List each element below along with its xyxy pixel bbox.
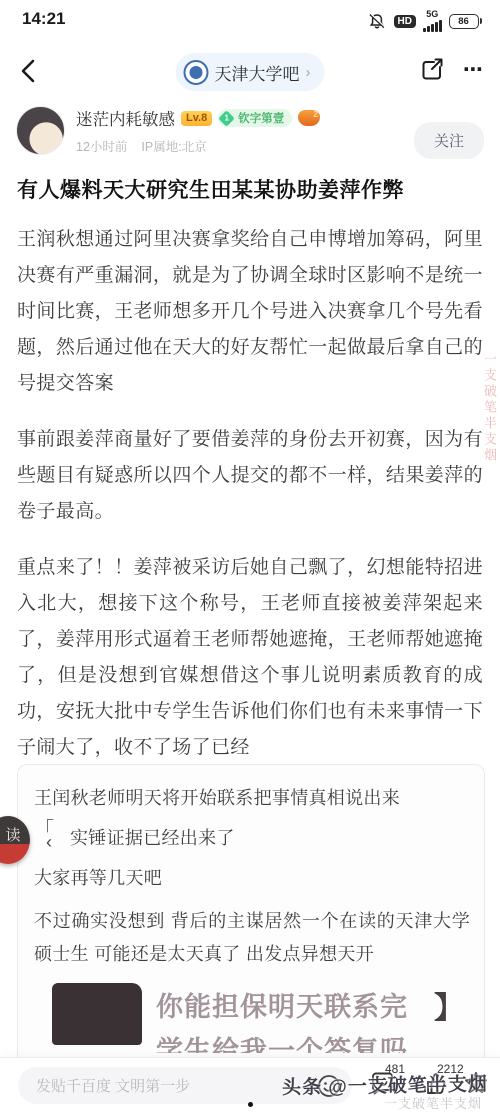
forum-name: 天津大学吧 (215, 60, 300, 85)
author-row: 迷茫内耗敏感 Lv.8 1 钦字第壹 2 12小时前IP属地:北京 关注 (16, 104, 484, 166)
clock: 14:21 (22, 9, 65, 29)
tieba-post-screen: 14:21 HD 5G 86 天津大学吧 › (0, 0, 500, 1112)
hd-icon: HD (394, 15, 416, 28)
forum-logo-icon (184, 60, 209, 85)
honor-badge: 1 钦字第壹 (218, 109, 292, 127)
status-icons: HD 5G 86 (368, 10, 482, 32)
level-badge: Lv.8 (181, 111, 212, 126)
chevron-left-icon: ‹ (46, 822, 52, 862)
bracket-glyph: 】 (434, 983, 464, 1027)
watermark-faint: 一支破笔半支烟 (384, 1093, 482, 1112)
screenshot-text: 你能担保明天联系完 学生给我一个答复吗 (156, 985, 470, 1053)
mute-icon (368, 13, 387, 30)
avatar[interactable] (16, 106, 65, 155)
nav-bar: 天津大学吧 › ⋯ (0, 42, 500, 100)
post-body: 王润秋想通过阿里决赛拿奖给自己申博增加筹码，阿里决赛有严重漏洞，就是为了协调全球… (17, 222, 483, 786)
post-title: 有人爆料天大研究生田某某协助姜萍作弊 (17, 174, 483, 204)
quoted-screenshot[interactable]: 你能担保明天联系完 学生给我一个答复吗 】 (34, 983, 470, 1053)
side-watermark: 一支破笔半支烟 (480, 352, 499, 464)
status-bar: 14:21 HD 5G 86 (0, 0, 500, 42)
signal-icon: 5G (423, 10, 442, 32)
share-icon[interactable] (419, 56, 445, 82)
battery-icon: 86 (449, 14, 483, 29)
home-indicator (248, 1102, 253, 1107)
forum-badge[interactable]: 天津大学吧 › (176, 53, 325, 91)
quote-line: 「 ‹ 实锤证据已经出来了 (34, 818, 470, 858)
dark-image-block (52, 983, 142, 1045)
paragraph: 重点来了！！姜萍被采访后她自己飘了，幻想能特招进入北大，想接下这个称号，王老师直… (17, 550, 483, 766)
reply-placeholder: 发贴千百度 文明第一步 (36, 1075, 316, 1096)
back-icon[interactable] (14, 56, 44, 86)
diamond-icon: 1 (218, 110, 235, 127)
quote-paragraph: 不过确实没想到 背后的主谋居然一个在读的天津大学硕士生 可能还是太天真了 出发点… (34, 905, 470, 971)
quote-line: 王闰秋老师明天将开始联系把事情真相说出来 (34, 778, 470, 818)
chevron-right-icon: › (306, 64, 311, 81)
quote-card: 王闰秋老师明天将开始联系把事情真相说出来 「 ‹ 实锤证据已经出来了 大家再等几… (17, 764, 485, 1060)
author-name[interactable]: 迷茫内耗敏感 (76, 106, 175, 130)
paragraph: 王润秋想通过阿里决赛拿奖给自己申博增加筹码，阿里决赛有严重漏洞，就是为了协调全球… (17, 222, 483, 402)
follow-button[interactable]: 关注 (414, 122, 484, 159)
more-icon[interactable]: ⋯ (463, 57, 484, 82)
paragraph: 事前跟姜萍商量好了要借姜萍的身份去开初赛，因为有些题目有疑惑所以四个人提交的都不… (17, 422, 483, 530)
quote-line: 大家再等几天吧 (34, 858, 470, 898)
reader-float-label: 读 (5, 824, 20, 845)
gamepad-icon: 2 (298, 110, 320, 126)
post-meta: 12小时前IP属地:北京 (76, 137, 320, 155)
